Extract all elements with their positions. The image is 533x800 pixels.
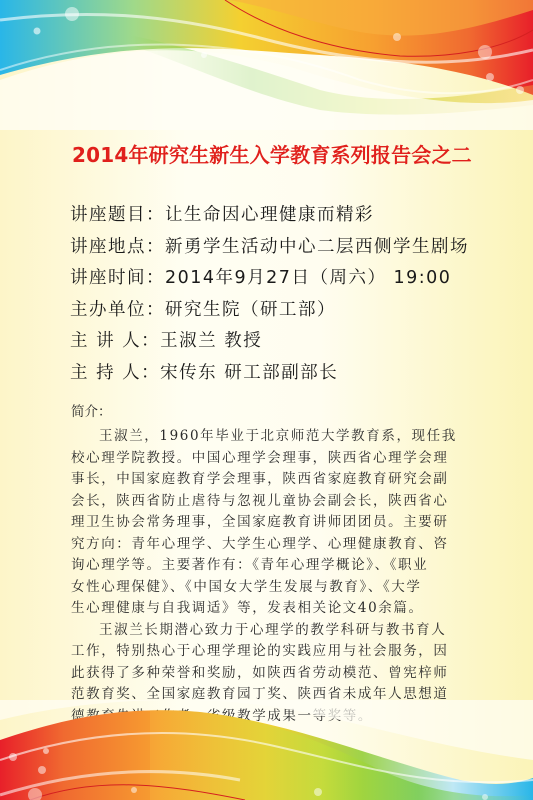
info-value: 王淑兰 教授: [160, 329, 262, 353]
intro-line: 此获得了多种荣誉和奖励，如陕西省劳动模范、曾宪梓师: [71, 663, 476, 685]
info-row-organizer: 主办单位：研究生院（研工部）: [70, 298, 469, 330]
info-row-speaker: 主 讲 人：王淑兰 教授: [70, 329, 469, 361]
info-row-time: 讲座时间：2014年9月27日（周六） 19:00: [70, 266, 469, 298]
info-label: 主 持 人：: [70, 361, 160, 385]
intro-line: 究方向：青年心理学、大学生心理学、心理健康教育、咨: [71, 534, 476, 556]
intro-line: 王淑兰长期潜心致力于心理学的教学科研与教书育人: [71, 620, 476, 642]
info-value: 2014年9月27日（周六） 19:00: [165, 266, 451, 290]
intro-line: 生心理健康与自我调适》等，发表相关论文40余篇。: [71, 598, 476, 620]
info-value: 宋传东 研工部副部长: [160, 361, 338, 385]
lecture-info-list: 讲座题目：让生命因心理健康而精彩 讲座地点：新勇学生活动中心二层西侧学生剧场 讲…: [70, 203, 469, 392]
info-label: 讲座地点：: [70, 235, 165, 259]
rainbow-wave-top-decoration: [0, 0, 533, 130]
intro-line: 会长，陕西省防止虐待与忽视儿童协会副会长，陕西省心: [71, 491, 476, 513]
intro-line: 理卫生协会常务理事，全国家庭教育讲师团团员。主要研: [71, 512, 476, 534]
info-value: 让生命因心理健康而精彩: [165, 203, 374, 227]
intro-line: 校心理学院教授。中国心理学会理事，陕西省心理学会理: [71, 448, 476, 470]
lecture-poster: 2014年研究生新生入学教育系列报告会之二 讲座题目：让生命因心理健康而精彩 讲…: [0, 0, 533, 800]
rainbow-wave-bottom-decoration: [0, 700, 533, 800]
info-label: 讲座题目：: [70, 203, 165, 227]
intro-line: 工作，特别热心于心理学理论的实践应用与社会服务，因: [71, 641, 476, 663]
info-row-host: 主 持 人：宋传东 研工部副部长: [70, 361, 469, 393]
intro-heading: 简介：: [71, 402, 476, 426]
info-row-topic: 讲座题目：让生命因心理健康而精彩: [70, 203, 469, 235]
poster-title: 2014年研究生新生入学教育系列报告会之二: [72, 142, 472, 168]
info-label: 主 讲 人：: [70, 329, 160, 353]
intro-line: 事长，中国家庭教育学会理事，陕西省家庭教育研究会副: [71, 469, 476, 491]
intro-line: 询心理学等。主要著作有：《青年心理学概论》、《职业: [71, 555, 476, 577]
speaker-introduction: 简介： 王淑兰，1960年毕业于北京师范大学教育系，现任我 校心理学院教授。中国…: [71, 402, 476, 727]
info-label: 主办单位：: [70, 298, 165, 322]
info-value: 新勇学生活动中心二层西侧学生剧场: [165, 235, 469, 259]
intro-line: 王淑兰，1960年毕业于北京师范大学教育系，现任我: [71, 426, 476, 448]
info-row-location: 讲座地点：新勇学生活动中心二层西侧学生剧场: [70, 235, 469, 267]
info-value: 研究生院（研工部）: [165, 298, 336, 322]
intro-line: 女性心理保健》、《中国女大学生发展与教育》、《大学: [71, 577, 476, 599]
info-label: 讲座时间：: [70, 266, 165, 290]
